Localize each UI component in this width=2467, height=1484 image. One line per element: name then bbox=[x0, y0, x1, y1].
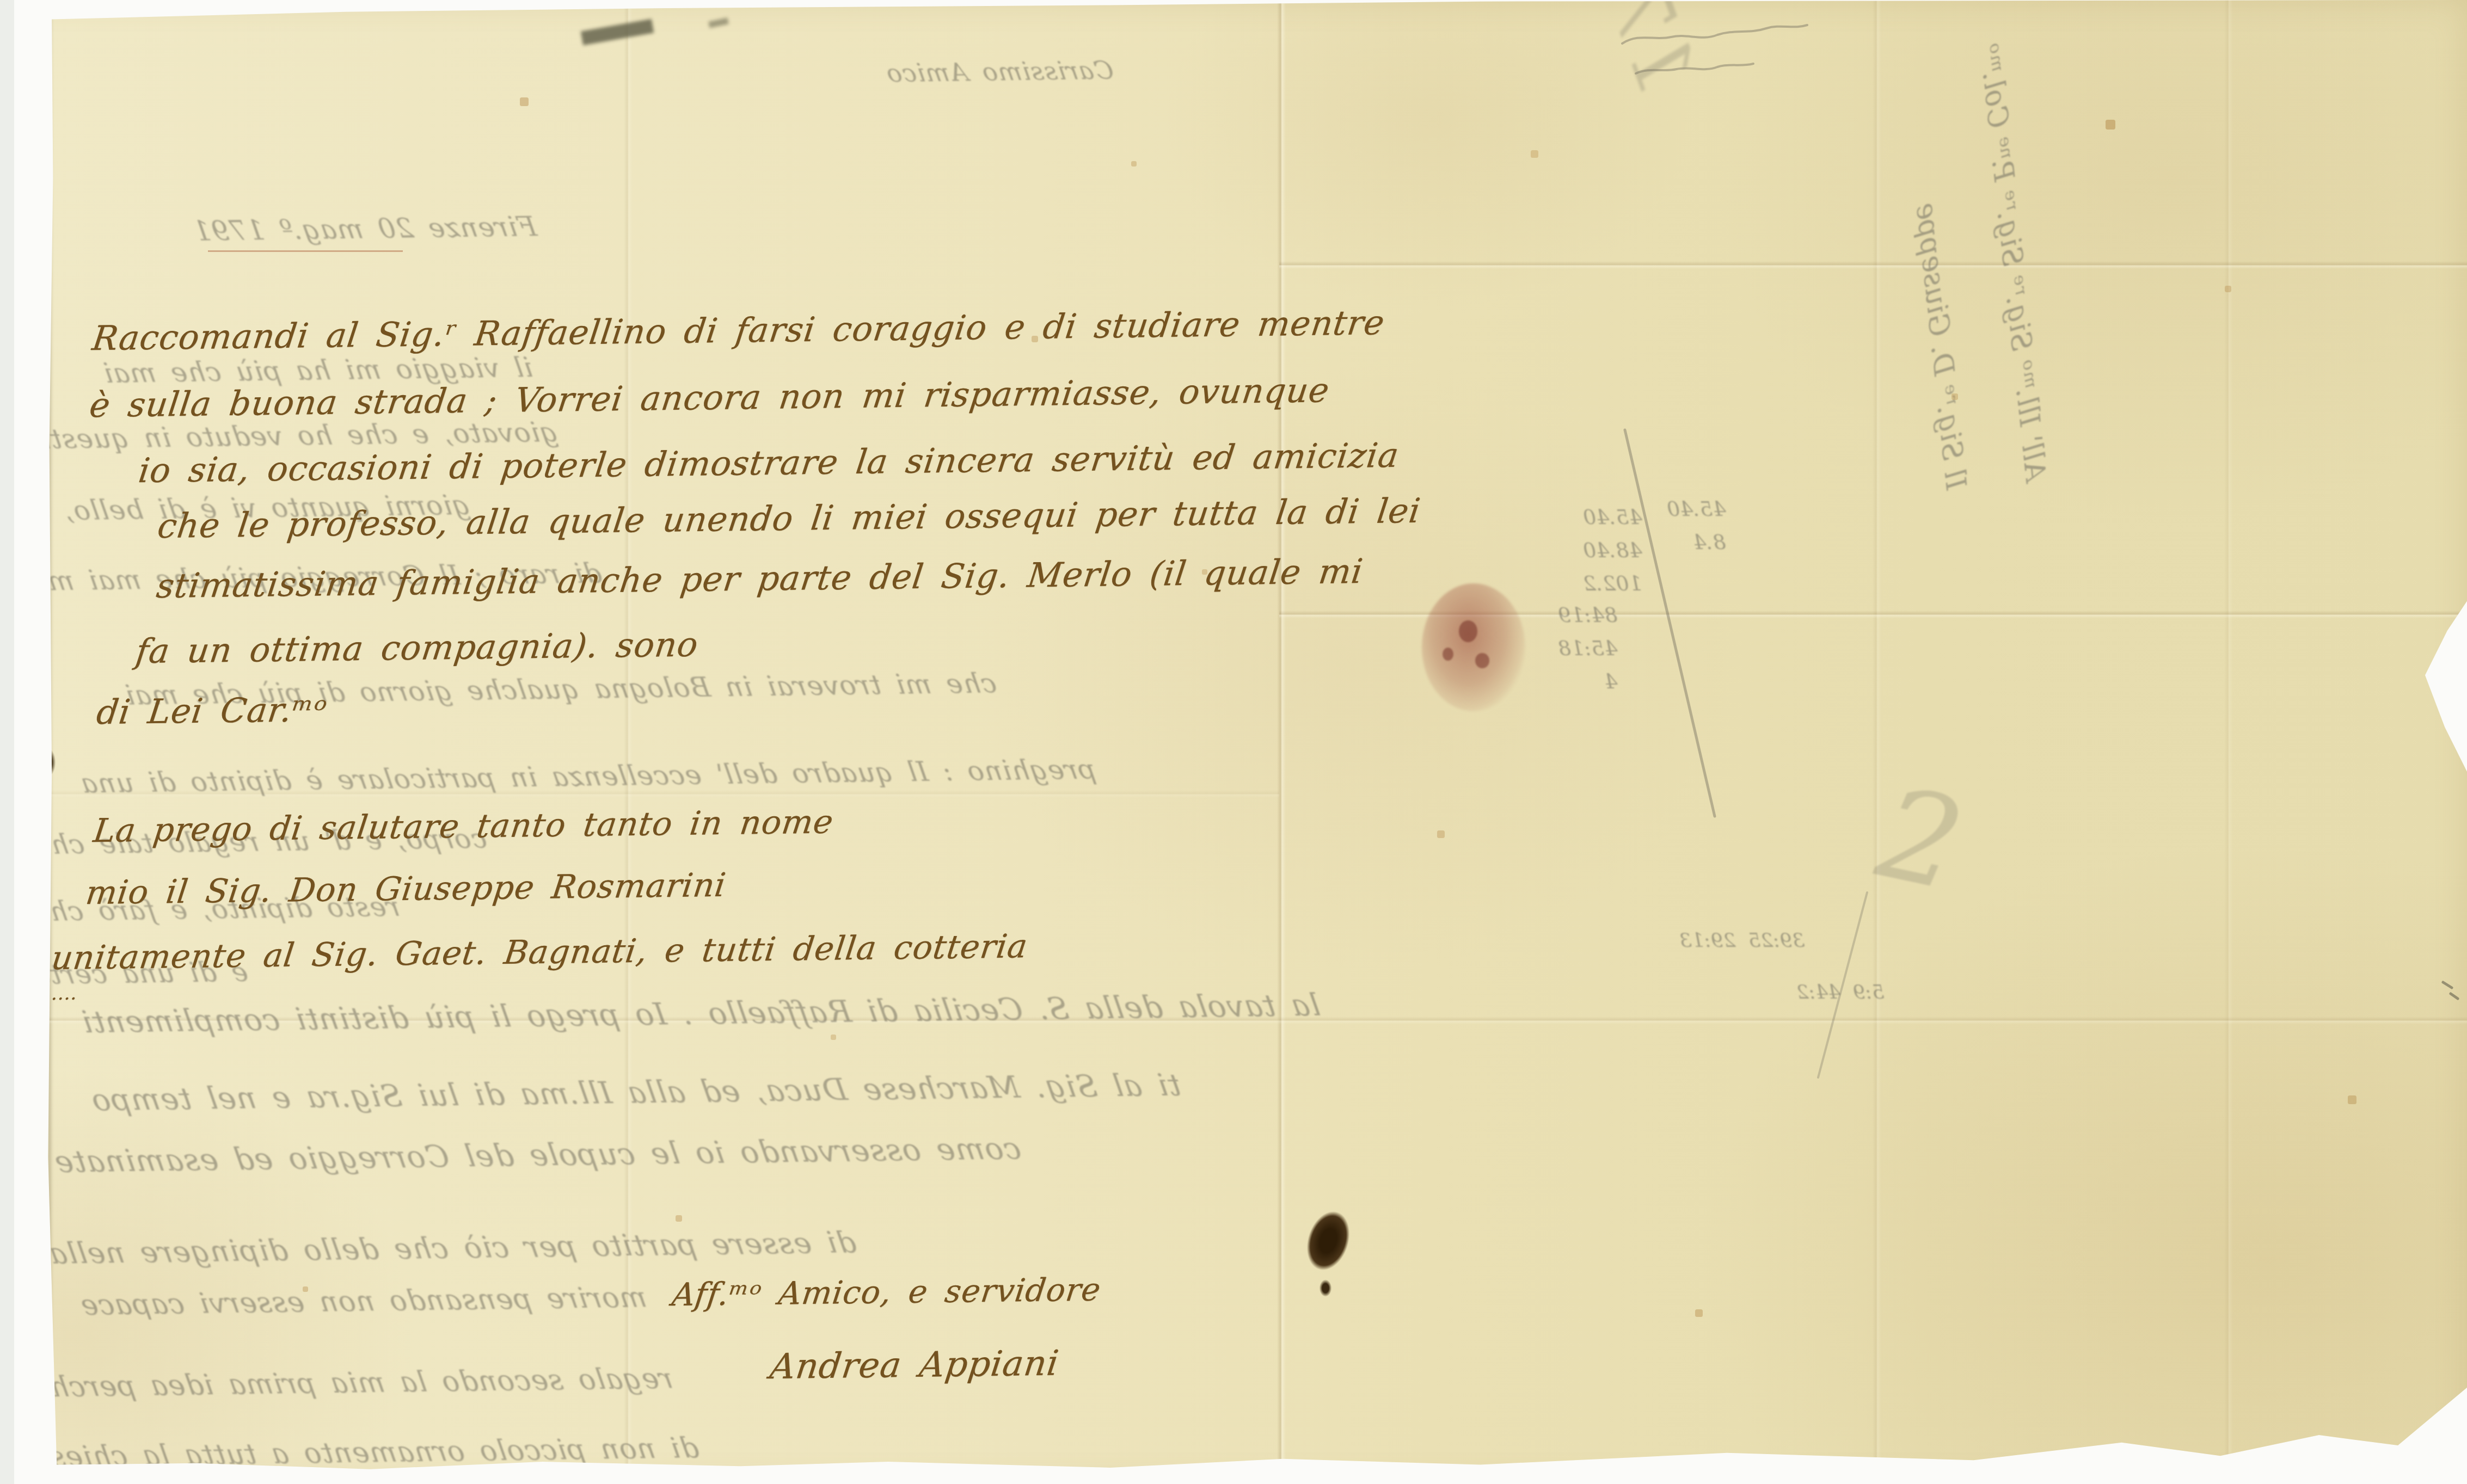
pencil-annotation-scribble bbox=[1622, 25, 1807, 44]
arithmetic-strike-line bbox=[1818, 892, 1867, 1077]
scanner-edge-strip bbox=[0, 0, 14, 1484]
letter-paper: Carissimo Amico Firenze 20 mag.º 1791 il… bbox=[0, 0, 2467, 1484]
edge-tick-marks bbox=[2443, 982, 2458, 999]
pencil-annotation-scribble bbox=[1636, 64, 1753, 73]
arithmetic-strike-line bbox=[1625, 430, 1715, 816]
scan-stage: Carissimo Amico Firenze 20 mag.º 1791 il… bbox=[0, 0, 2467, 1484]
pencil-scribble-overlay bbox=[0, 0, 2467, 1484]
